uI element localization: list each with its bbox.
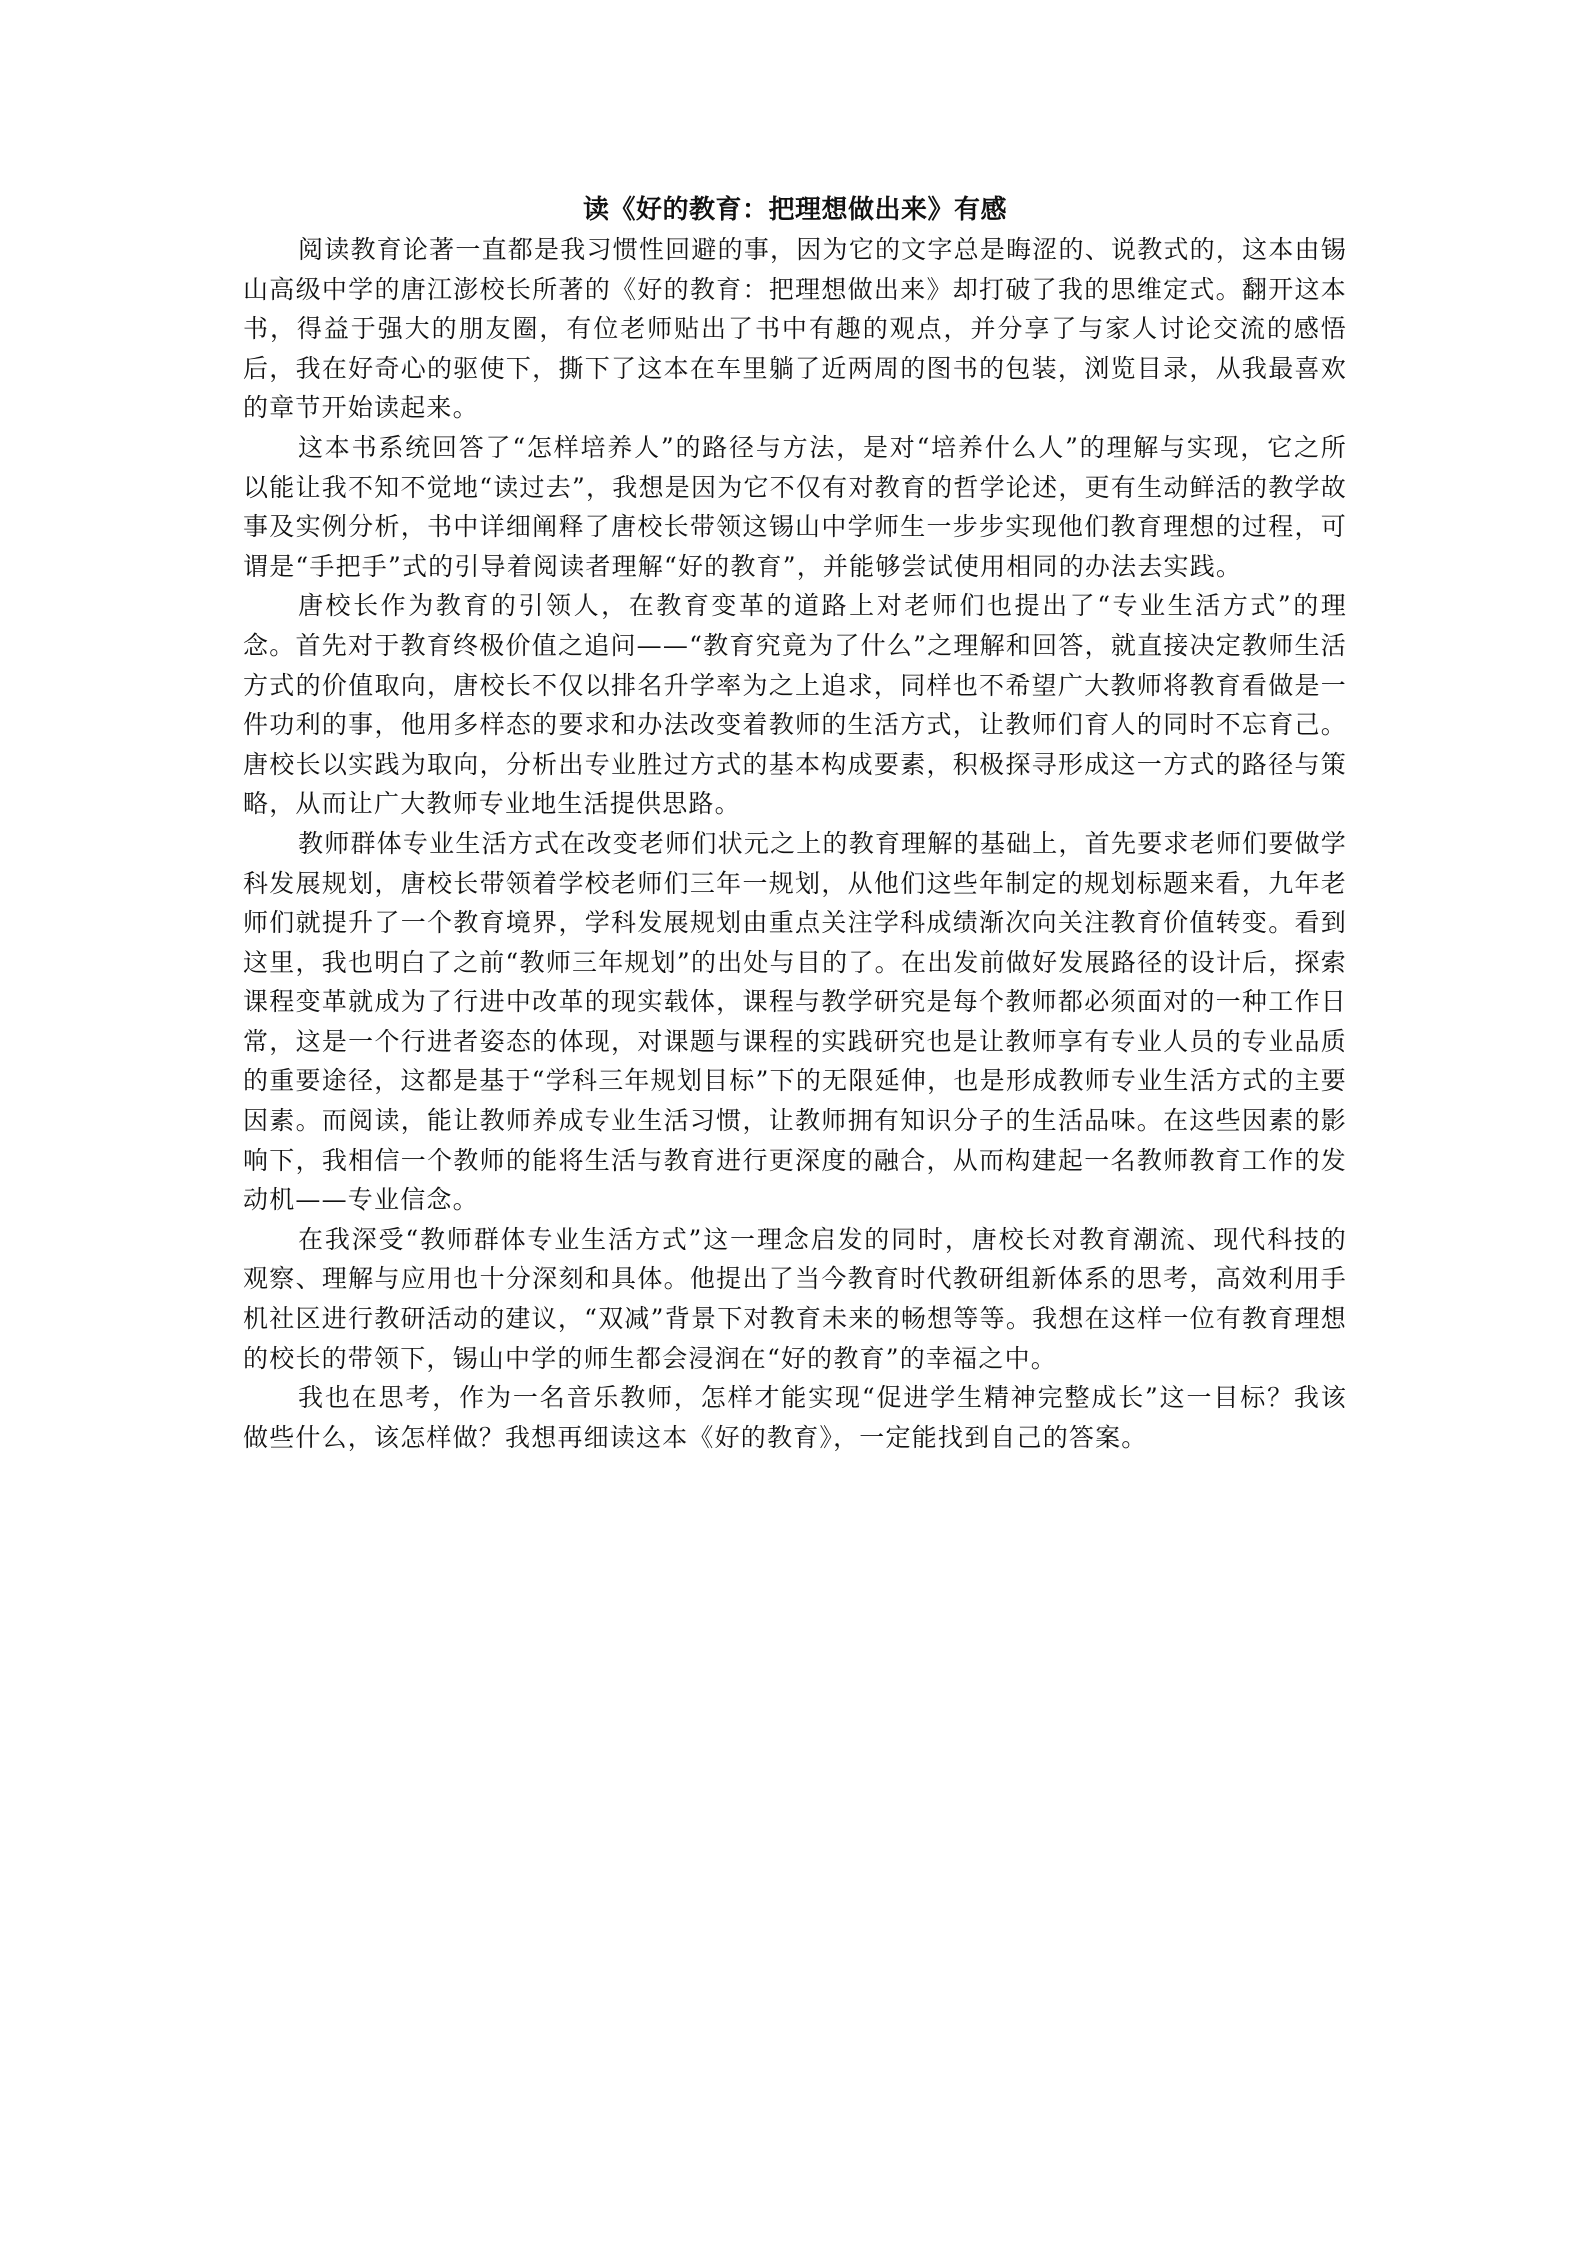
paragraph-1: 阅读教育论著一直都是我习惯性回避的事，因为它的文字总是晦涩的、说教式的，这本由锡… <box>243 230 1347 428</box>
document-title: 读《好的教育：把理想做出来》有感 <box>243 190 1347 230</box>
paragraph-3: 唐校长作为教育的引领人，在教育变革的道路上对老师们也提出了“专业生活方式”的理念… <box>243 586 1347 824</box>
paragraph-2: 这本书系统回答了“怎样培养人”的路径与方法，是对“培养什么人”的理解与实现，它之… <box>243 428 1347 586</box>
paragraph-5: 在我深受“教师群体专业生活方式”这一理念启发的同时，唐校长对教育潮流、现代科技的… <box>243 1220 1347 1378</box>
paragraph-6: 我也在思考，作为一名音乐教师，怎样才能实现“促进学生精神完整成长”这一目标？我该… <box>243 1378 1347 1457</box>
paragraph-4: 教师群体专业生活方式在改变老师们状元之上的教育理解的基础上，首先要求老师们要做学… <box>243 824 1347 1220</box>
document-page: 读《好的教育：把理想做出来》有感 阅读教育论著一直都是我习惯性回避的事，因为它的… <box>243 190 1347 1457</box>
